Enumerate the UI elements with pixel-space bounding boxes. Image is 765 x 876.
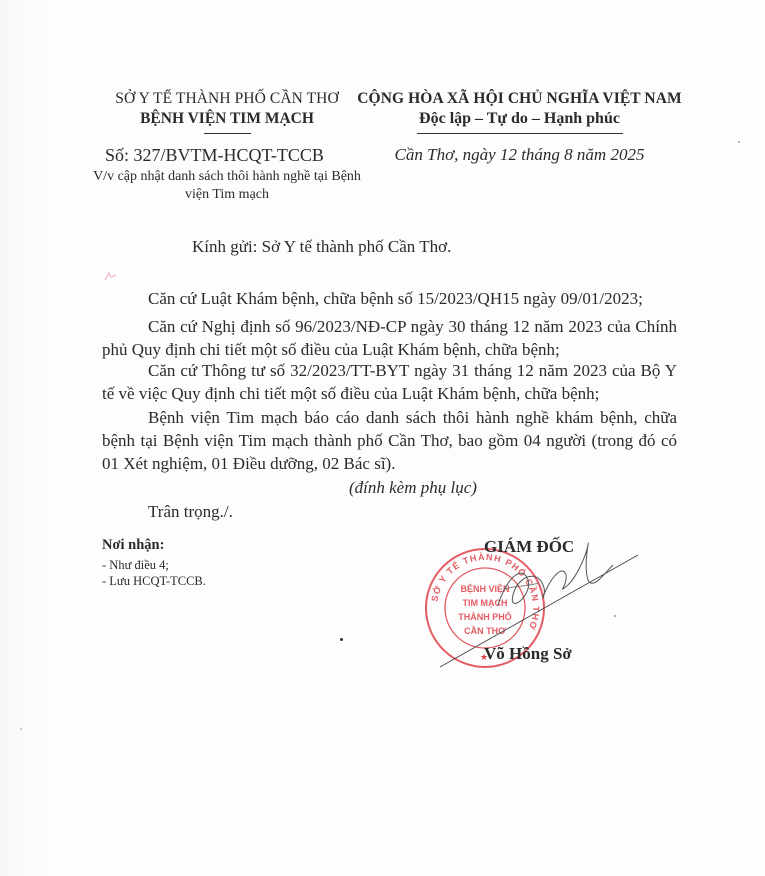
body-paragraph: Bệnh viện Tim mạch báo cáo danh sách thô… — [102, 406, 677, 475]
issuing-authority-header: SỞ Y TẾ THÀNH PHỐ CẦN THƠ BỆNH VIỆN TIM … — [92, 90, 362, 134]
organization-underline — [204, 133, 251, 134]
national-header: CỘNG HÒA XÃ HỘI CHỦ NGHĨA VIỆT NAM Độc l… — [352, 90, 687, 134]
recipients-title: Nơi nhận: — [102, 537, 164, 554]
body-paragraph: Căn cứ Nghị định số 96/2023/NĐ-CP ngày 3… — [102, 315, 677, 361]
document-number: Số: 327/BVTM-HCQT-TCCB — [105, 145, 324, 166]
recipient-line: Kính gửi: Sở Y tế thành phố Cần Thơ. — [192, 237, 451, 257]
scan-speck — [340, 638, 343, 641]
signer-name: Võ Hồng Sở — [484, 644, 572, 664]
national-title: CỘNG HÒA XÃ HỘI CHỦ NGHĨA VIỆT NAM — [352, 90, 687, 108]
scan-speck — [614, 615, 616, 617]
scan-speck — [20, 728, 22, 730]
document-page: SỞ Y TẾ THÀNH PHỐ CẦN THƠ BỆNH VIỆN TIM … — [0, 0, 765, 876]
document-subject: V/v cập nhật danh sách thôi hành nghề tạ… — [92, 168, 362, 204]
paragraph-text: Bệnh viện Tim mạch báo cáo danh sách thô… — [102, 406, 677, 475]
pink-ink-mark-icon — [103, 270, 119, 282]
paragraph-text: Căn cứ Luật Khám bệnh, chữa bệnh số 15/2… — [102, 287, 677, 310]
scan-speck — [738, 141, 740, 143]
recipient-item: - Lưu HCQT-TCCB. — [102, 574, 206, 589]
agency-name: SỞ Y TẾ THÀNH PHỐ CẦN THƠ — [92, 90, 362, 108]
body-paragraph: Căn cứ Luật Khám bệnh, chữa bệnh số 15/2… — [102, 287, 677, 310]
national-motto: Độc lập – Tự do – Hạnh phúc — [352, 110, 687, 128]
place-and-date: Cần Thơ, ngày 12 tháng 8 năm 2025 — [352, 145, 687, 165]
motto-underline — [417, 133, 623, 134]
attachment-note: (đính kèm phụ lục) — [349, 478, 477, 498]
closing-regards: Trân trọng./. — [148, 502, 233, 522]
organization-name: BỆNH VIỆN TIM MẠCH — [92, 110, 362, 128]
paragraph-text: Căn cứ Thông tư số 32/2023/TT-BYT ngày 3… — [102, 359, 677, 405]
recipient-item: - Như điều 4; — [102, 558, 169, 573]
body-paragraph: Căn cứ Thông tư số 32/2023/TT-BYT ngày 3… — [102, 359, 677, 405]
paragraph-text: Căn cứ Nghị định số 96/2023/NĐ-CP ngày 3… — [102, 315, 677, 361]
